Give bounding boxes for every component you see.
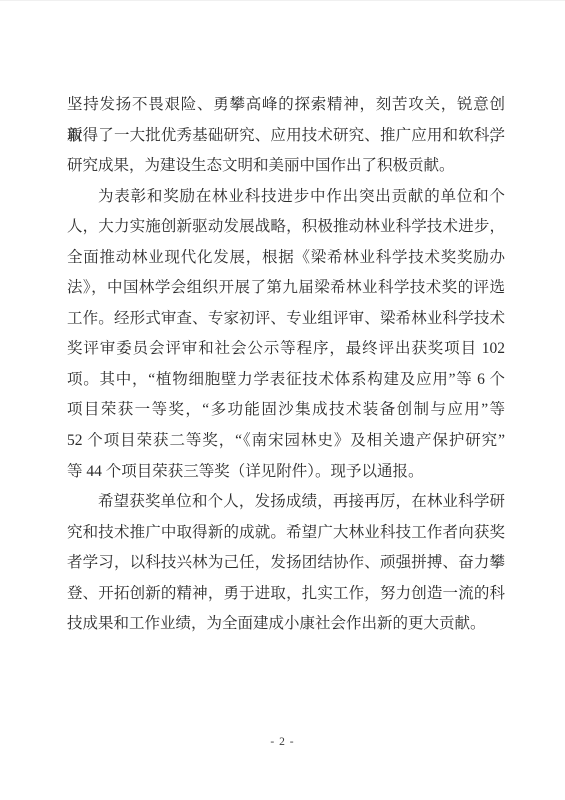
body-line: 技成果和工作业绩，为全面建成小康社会作出新的更大贡献。 bbox=[67, 609, 505, 640]
body-line: 坚持发扬不畏艰险、勇攀高峰的探索精神，刻苦攻关，锐意创新， bbox=[67, 90, 505, 121]
document-body: 坚持发扬不畏艰险、勇攀高峰的探索精神，刻苦攻关，锐意创新， 取得了一大批优秀基础… bbox=[67, 90, 505, 640]
body-line: 项目荣获一等奖，“多功能固沙集成技术装备创制与应用”等 bbox=[67, 395, 505, 426]
page-number: - 2 - bbox=[0, 734, 565, 750]
body-line: 全面推动林业现代化发展，根据《梁希林业科学技术奖奖励办 bbox=[67, 243, 505, 274]
document-page: 坚持发扬不畏艰险、勇攀高峰的探索精神，刻苦攻关，锐意创新， 取得了一大批优秀基础… bbox=[0, 0, 565, 800]
body-line: 奖评审委员会评审和社会公示等程序，最终评出获奖项目 102 bbox=[67, 334, 505, 365]
body-line: 52 个项目荣获二等奖，“《南宋园林史》及相关遗产保护研究” bbox=[67, 426, 505, 457]
body-line: 项。其中，“植物细胞壁力学表征技术体系构建及应用”等 6 个 bbox=[67, 365, 505, 396]
body-line: 登、开拓创新的精神，勇于进取，扎实工作，努力创造一流的科 bbox=[67, 579, 505, 610]
body-line: 工作。经形式审查、专家初评、专业组评审、梁希林业科学技术 bbox=[67, 304, 505, 335]
body-line: 研究成果，为建设生态文明和美丽中国作出了积极贡献。 bbox=[67, 151, 505, 182]
body-line: 希望获奖单位和个人，发扬成绩，再接再厉，在林业科学研 bbox=[67, 487, 505, 518]
body-line: 究和技术推广中取得新的成就。希望广大林业科技工作者向获奖 bbox=[67, 518, 505, 549]
body-line: 等 44 个项目荣获三等奖（详见附件）。现予以通报。 bbox=[67, 457, 505, 488]
body-line: 为表彰和奖励在林业科技进步中作出突出贡献的单位和个 bbox=[67, 182, 505, 213]
body-line: 人，大力实施创新驱动发展战略，积极推动林业科学技术进步， bbox=[67, 212, 505, 243]
body-line: 取得了一大批优秀基础研究、应用技术研究、推广应用和软科学 bbox=[67, 121, 505, 152]
body-line: 者学习，以科技兴林为己任，发扬团结协作、顽强拼搏、奋力攀 bbox=[67, 548, 505, 579]
body-line: 法》，中国林学会组织开展了第九届梁希林业科学技术奖的评选 bbox=[67, 273, 505, 304]
